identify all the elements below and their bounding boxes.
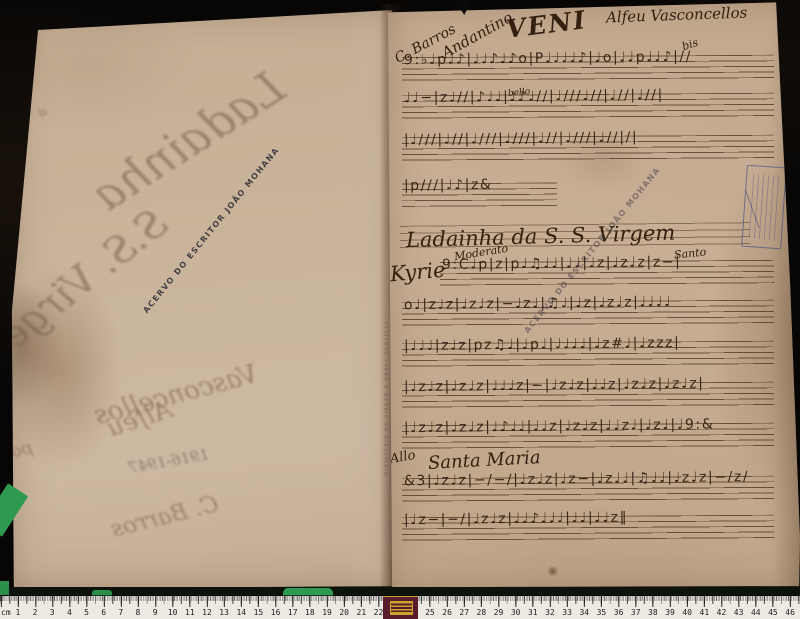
music-notes: |♩∕∕∕|♩∕∕|♩∕∕∕|♩∕∕∕|♩∕∕|♩∕∕∕|♩∕∕|∕|	[404, 129, 776, 148]
piece-title-veni: VENI	[505, 5, 589, 44]
ruler-number: 18	[305, 608, 315, 617]
staff-system-4: |p∕∕∕|♩♪|z&	[402, 182, 557, 207]
section-title: Ladainha da S. S. Virgem	[406, 221, 676, 253]
ruler-number: 40	[682, 608, 692, 617]
ruler-number: 27	[459, 608, 469, 617]
archive-logo	[383, 596, 418, 619]
ruler-number: 8	[136, 608, 141, 617]
ruler-number: 30	[511, 608, 521, 617]
bleedthrough-word-por: por	[0, 437, 35, 464]
bleedthrough-dates: 1916-1947	[127, 445, 210, 477]
ruler-number: 19	[322, 608, 332, 617]
ruler-number: 17	[288, 608, 298, 617]
bleedthrough-subtitle: S.S. Virgem	[0, 200, 176, 382]
ruler-number: 6	[101, 608, 106, 617]
green-pad-bottom-left	[0, 581, 9, 595]
bleedthrough-signature: C. Barros	[108, 491, 221, 543]
music-notes: ♩♩−|z♩∕∕|♪♩♩|♩♪♩∕∕|♩∕∕∕♩∕∕|♩∕∕|♩∕∕|	[404, 87, 776, 106]
archive-building-icon	[390, 601, 413, 615]
staff-system-11: |♩z−|−∕|♩z♩z|♩♩♪♩♩♩|♩♩|♩♩z‖	[402, 515, 774, 542]
staff-system-2: ♩♩−|z♩∕∕|♪♩♩|♩♪♩∕∕|♩∕∕∕♩∕∕|♩∕∕|♩∕∕|	[402, 93, 774, 120]
ruler-number: 12	[202, 608, 212, 617]
staff-system-3: |♩∕∕∕|♩∕∕|♩∕∕∕|♩∕∕∕|♩∕∕|♩∕∕∕|♩∕∕|∕|	[402, 135, 774, 162]
ruler-number: 37	[631, 608, 641, 617]
staff-system-5: 9:C♩p|z|p♩♫♩♩|♩♩|♩z|♩z♩z|z−|	[440, 260, 774, 286]
allegro-annotation: Allo	[389, 448, 417, 467]
ruler-number: 25	[425, 608, 435, 617]
ruler-number: 1	[16, 608, 21, 617]
ruler-number: 10	[168, 608, 178, 617]
ruler-number: 4	[67, 608, 72, 617]
ruler-number: 15	[254, 608, 264, 617]
right-page: Alfeu Vasconcellos C. Barros Andantino V…	[388, 0, 800, 592]
bleedthrough-title: Ladainha	[83, 59, 294, 222]
ruler-number: 7	[118, 608, 123, 617]
ruler-number: 35	[597, 608, 607, 617]
ruler-number: 45	[768, 608, 778, 617]
ruler-number: 41	[700, 608, 710, 617]
ruler-number: 9	[153, 608, 158, 617]
ruler-number: 26	[442, 608, 452, 617]
staff-system-1: 9:♭♩p♩♪|♩♩♪♩♪o|P♩♩♩♩♪|♩o|♩♩p♩♩♪|∕∕	[402, 55, 774, 82]
santa-maria-label: Santa Maria	[428, 447, 542, 474]
ruler-number: 38	[648, 608, 658, 617]
ruler-number: 5	[84, 608, 89, 617]
ruler-number: 39	[665, 608, 675, 617]
staff-system-10: &3|♩z♩z|−∕−∕|♩z♩z|♩z−|♩z♩♩|♫♩♩|♩z♩z|−∕z∕	[402, 476, 774, 503]
ruler-number: 36	[614, 608, 624, 617]
ruler-number: 31	[528, 608, 538, 617]
ruler-number: 34	[579, 608, 589, 617]
ruler-number: 14	[236, 608, 246, 617]
composer-signature: Alfeu Vasconcellos	[606, 4, 748, 27]
music-notes: |♩z♩z|♩z♩z|♩♪♩♩|♩♩z|♩z♩z|♩♩z♩|♩z♩|♩9:&	[404, 417, 776, 436]
ruler-number: 16	[271, 608, 281, 617]
ruler-number: 43	[734, 608, 744, 617]
music-notes: o♩|z♩z|♩z♩z|−♩z♩|♫♩|♩z|♩z♩z|♩♩♩♩	[404, 294, 776, 313]
ruler-number: 11	[185, 608, 195, 617]
music-notes: |♩♩♩|z♩z|pz♫♩|♩p♩|♩♩♩♩|♩z#♩|♩zzz|	[404, 335, 776, 354]
bleedthrough-mark: a	[36, 103, 49, 121]
music-notes: |♩z−|−∕|♩z♩z|♩♩♪♩♩♩|♩♩|♩♩z‖	[404, 509, 776, 528]
staff-system-8: |♩z♩z|♩z♩z|♩♩♩z|−|♩z♩z|♩♩z|♩z♩z|♩z♩z|	[402, 382, 774, 409]
staff-system-9: |♩z♩z|♩z♩z|♩♪♩♩|♩♩z|♩z♩z|♩♩z♩|♩z♩|♩9:&	[402, 423, 774, 450]
photo-frame: a Ladainha S.S. Virgem Vasconcellos Alfe…	[0, 0, 800, 619]
staff-system-6: o♩|z♩z|♩z♩z|−♩z♩|♫♩|♩z|♩z♩z|♩♩♩♩	[402, 300, 774, 327]
ruler-number: 32	[545, 608, 555, 617]
ruler: cm 1234567891011121314151617181920212223…	[0, 596, 800, 619]
ruler-number: 13	[219, 608, 229, 617]
ruler-number: 44	[751, 608, 761, 617]
kyrie-label: Kyrie	[389, 258, 446, 287]
ruler-number: 42	[717, 608, 727, 617]
ruler-number: 33	[562, 608, 572, 617]
ruler-number: 3	[50, 608, 55, 617]
music-notes: |p∕∕∕|♩♪|z&	[404, 177, 559, 193]
ruler-unit-label: cm	[1, 608, 11, 617]
ruler-number: 28	[477, 608, 487, 617]
ruler-number: 21	[357, 608, 367, 617]
ruler-number: 2	[33, 608, 38, 617]
left-page: a Ladainha S.S. Virgem Vasconcellos Alfe…	[10, 6, 394, 592]
ruler-number: 29	[494, 608, 504, 617]
staff-system-7: |♩♩♩|z♩z|pz♫♩|♩p♩|♩♩♩♩|♩z#♩|♩zzz|	[402, 341, 774, 368]
ruler-number: 20	[339, 608, 349, 617]
music-notes: &3|♩z♩z|−∕−∕|♩z♩z|♩z−|♩z♩♩|♫♩♩|♩z♩z|−∕z∕	[404, 470, 776, 489]
music-notes: |♩z♩z|♩z♩z|♩♩♩z|−|♩z♩z|♩♩z|♩z♩z|♩z♩z|	[404, 376, 776, 395]
music-notes: 9:C♩p|z|p♩♫♩♩|♩♩|♩z|♩z♩z|z−|	[442, 254, 776, 272]
ruler-number: 22	[374, 608, 384, 617]
ruler-number: 46	[785, 608, 795, 617]
